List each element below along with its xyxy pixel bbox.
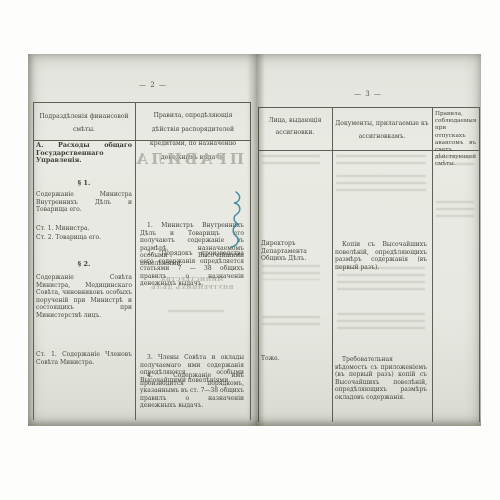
show-through-smudge (436, 156, 474, 167)
show-through-smudge (336, 155, 426, 167)
right-table-divider-2 (432, 107, 433, 422)
show-through-smudge (337, 313, 425, 333)
paragraph-2-mark: § 2. (36, 261, 132, 269)
show-through-smudge (262, 155, 320, 164)
show-through-smudge (262, 265, 320, 280)
left-page-number: — 2 — (103, 81, 203, 89)
right-table-right-border (479, 107, 480, 422)
handwritten-annotation (220, 190, 246, 250)
right-table-divider-1 (332, 107, 333, 422)
row-1-documents-cell: Копіи съ Высочайшихъ повелѣній, опредѣля… (335, 241, 427, 271)
row-2-documents-cell: Требовательная вѣдомость съ приложеніемъ… (335, 356, 427, 402)
article-1-label: Ст. 1. Министра. (36, 225, 132, 233)
left-table-left-border (33, 102, 34, 420)
right-page-number: — 3 — (318, 90, 418, 98)
row-2-person-cell: Тоже. (261, 355, 325, 363)
show-through-smudge (436, 201, 474, 219)
show-through-smudge (168, 310, 224, 315)
show-through-smudge (262, 316, 320, 327)
left-col1-header: Подраздѣленія финансовой смѣты. (36, 110, 132, 136)
right-table-top-border (258, 107, 479, 108)
rule-4-paragraph: 4. Содержаніе имъ производится порядкомъ… (140, 372, 244, 410)
section-a-heading: А. Расходы общаго Государственнаго Управ… (36, 142, 132, 165)
documents-column-header: Документы, прилагаемые къ ассигновкамъ. (335, 117, 429, 143)
left-table-top-border (33, 102, 250, 103)
show-through-title: ПРАВИЛА (140, 150, 244, 168)
paragraph-1-mark: § 1. (36, 180, 132, 188)
paragraph-1-subject: Содержаніе Министра Внутреннихъ Дѣлъ и Т… (36, 191, 132, 214)
paragraph-2-subject: Содержаніе Совѣта Министра, Медицинскаго… (36, 274, 132, 320)
rule-2-paragraph: 2. Порядокъ производства сего содержанія… (140, 250, 244, 288)
persons-column-header: Лица, выдающія ассигновки. (261, 115, 329, 139)
article-1b-label: Ст. 1. Содержаніе Членовъ Совѣта Министр… (36, 351, 132, 366)
article-2-label: Ст. 2. Товарища его. (36, 234, 132, 242)
scanned-document-page: — 2 — Подраздѣленія финансовой смѣты. Пр… (0, 0, 500, 500)
book-spread-scan: — 2 — Подраздѣленія финансовой смѣты. Пр… (28, 54, 481, 426)
row-1-person-cell: Директоръ Департамента Общихъ Дѣлъ. (261, 240, 325, 263)
show-through-smudge (336, 175, 426, 193)
binding-fold-shadow (247, 54, 265, 426)
